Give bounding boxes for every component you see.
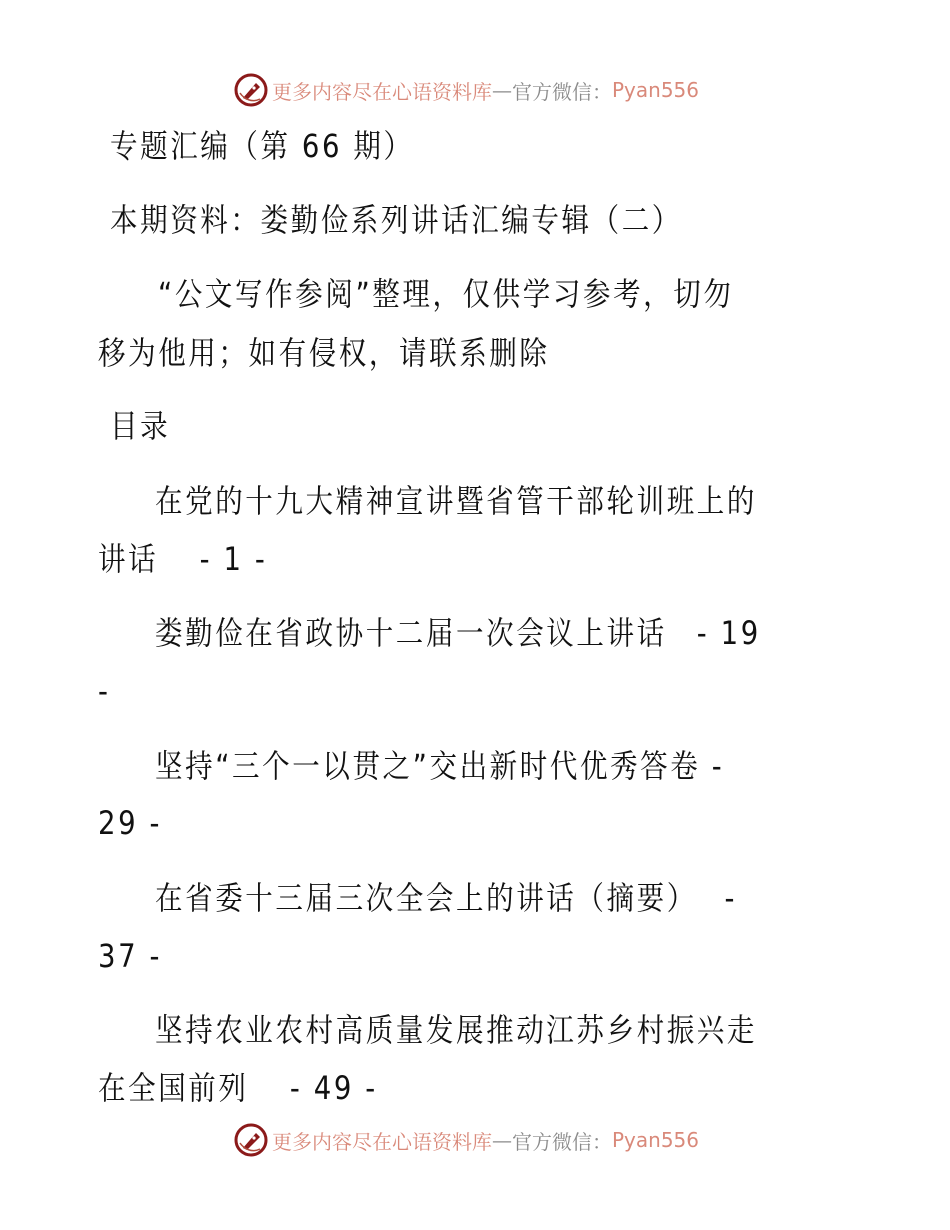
watermark-wechat-label: 官方微信： [512,1126,612,1155]
toc-entry-line: 29 - [98,803,162,843]
watermark-dash: — [492,1128,512,1152]
watermark-wechat-label: 官方微信： [512,76,612,105]
header-watermark: 更多内容尽在心语资料库 — 官方微信： Pyan556 [234,72,699,108]
document-subtitle: 本期资料：娄勤俭系列讲话汇编专辑（二） [110,200,682,240]
toc-heading: 目录 [110,406,170,446]
watermark-wechat-id: Pyan556 [612,1128,699,1152]
watermark-site-text: 更多内容尽在心语资料库 [272,1126,492,1155]
toc-entry-line: 在全国前列 - 49 - [98,1068,378,1108]
watermark-dash: — [492,78,512,102]
toc-entry-line: - [98,671,111,711]
document-title: 专题汇编（第 66 期） [110,126,414,166]
notice-line-2: 移为他用；如有侵权，请联系删除 [98,333,550,373]
watermark-wechat-id: Pyan556 [612,78,699,102]
toc-entry-line: 在省委十三届三次全会上的讲话（摘要） - [155,878,737,918]
toc-entry-line: 坚持农业农村高质量发展推动江苏乡村振兴走 [155,1010,757,1050]
notice-line-1: “公文写作参阅”整理，仅供学习参考，切勿 [158,274,733,314]
toc-entry-line: 37 - [98,936,162,976]
pen-nib-logo-icon [234,73,268,107]
toc-entry-line: 娄勤俭在省政协十二届一次会议上讲话 - 19 [155,613,761,653]
toc-entry-line: 讲话 - 1 - [98,539,267,579]
toc-entry-line: 在党的十九大精神宣讲暨省管干部轮训班上的 [155,481,757,521]
watermark-site-text: 更多内容尽在心语资料库 [272,76,492,105]
footer-watermark: 更多内容尽在心语资料库 — 官方微信： Pyan556 [234,1122,699,1158]
toc-entry-line: 坚持“三个一以贯之”交出新时代优秀答卷 - [155,746,724,786]
pen-nib-logo-icon [234,1123,268,1157]
